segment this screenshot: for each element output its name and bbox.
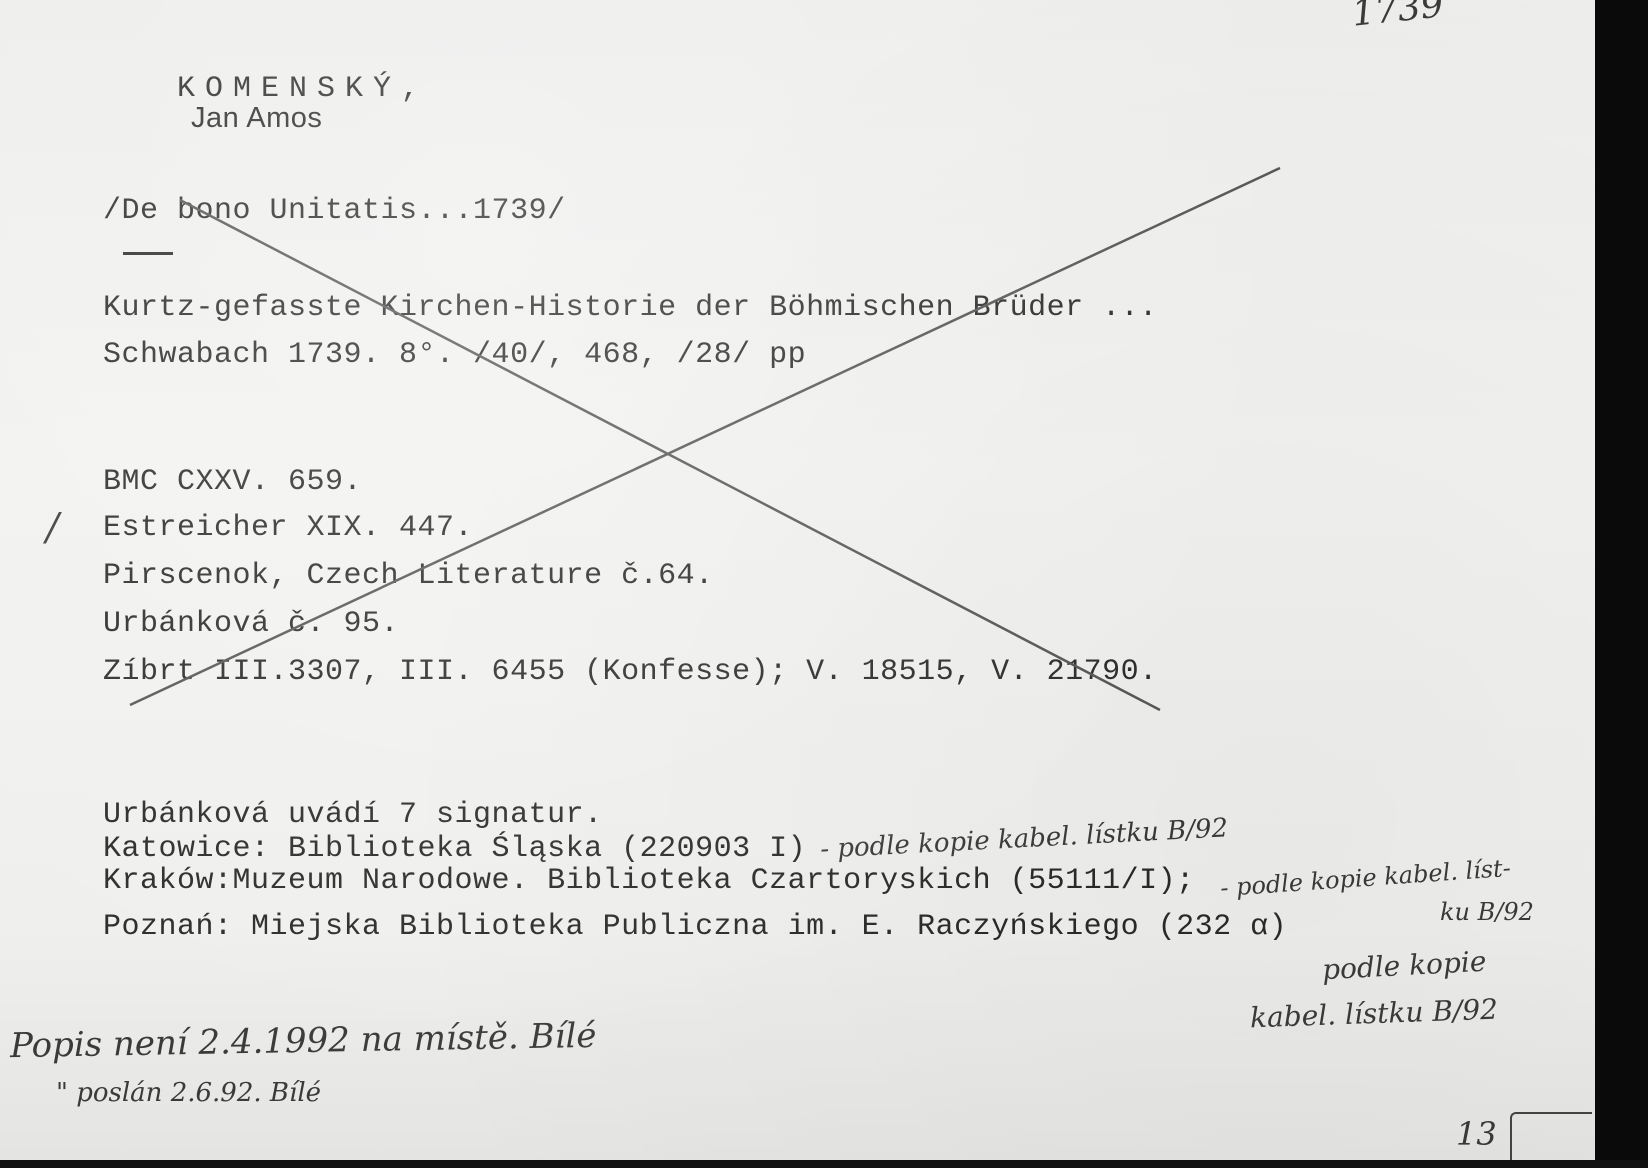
- card-number: 13: [1456, 1118, 1497, 1150]
- krakow-note-line1: - podle kopie kabel. líst-: [1220, 856, 1512, 900]
- footer-note-line2: " poslán 2.6.92. Bílé: [56, 1080, 321, 1106]
- poznan-note-line1: podle kopie: [1321, 948, 1487, 985]
- author-surname: KOMENSKÝ,: [177, 72, 429, 106]
- imprint-line: Schwabach 1739. 8°. /40/, 468, /28/ pp: [103, 340, 806, 370]
- uniform-title: /De bono Unitatis...1739/: [103, 196, 566, 226]
- check-mark: /: [46, 508, 59, 546]
- reference-urbankova: Urbánková č. 95.: [103, 609, 399, 639]
- catalog-card: KOMENSKÝ, Jan Amos 1739 /De bono Unitati…: [0, 0, 1595, 1160]
- krakow-note-line2: ku B/92: [1440, 900, 1534, 924]
- scan-border-right: [1595, 0, 1648, 1168]
- scan-border-bottom: [0, 1160, 1648, 1168]
- holding-katowice: Katowice: Biblioteka Śląska (220903 I): [103, 834, 806, 864]
- holding-poznan: Poznań: Miejska Biblioteka Publiczna im.…: [103, 912, 1287, 942]
- katowice-note: - podle kopie kabel. lístku B/92: [820, 815, 1229, 862]
- reference-bmc: BMC CXXV. 659.: [103, 467, 362, 497]
- card-number-box: [1510, 1112, 1592, 1160]
- reference-zibrt: Zíbrt III.3307, III. 6455 (Konfesse); V.…: [103, 657, 1158, 687]
- title-line: Kurtz-gefasste Kirchen-Historie der Böhm…: [103, 293, 1158, 323]
- poznan-note-line2: kabel. lístku B/92: [1250, 996, 1499, 1033]
- year-note: 1739: [1350, 0, 1445, 33]
- footer-note-line1: Popis není 2.4.1992 na místě. Bílé: [10, 1019, 597, 1063]
- underline-mark: [123, 252, 173, 255]
- author-given-names: Jan Amos: [191, 102, 322, 134]
- holdings-intro: Urbánková uvádí 7 signatur.: [103, 800, 603, 830]
- reference-estreicher: Estreicher XIX. 447.: [103, 513, 473, 543]
- reference-pirscenok: Pirscenok, Czech Literature č.64.: [103, 561, 714, 591]
- holding-krakow: Kraków:Muzeum Narodowe. Biblioteka Czart…: [103, 866, 1195, 896]
- author-heading: KOMENSKÝ, Jan Amos: [103, 44, 429, 165]
